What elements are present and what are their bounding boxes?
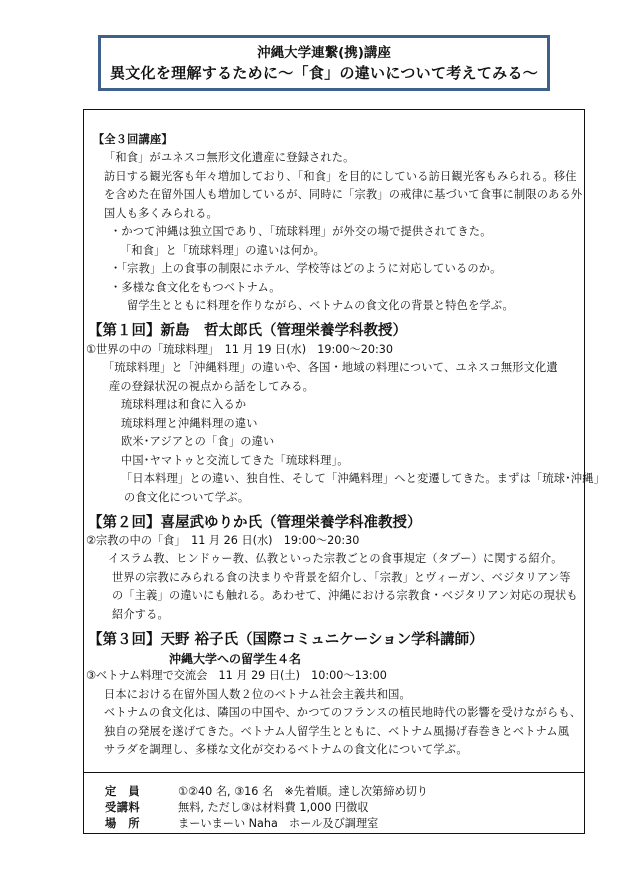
- session-1-line: 産の登録状況の視点から話をしてみる。: [109, 379, 314, 395]
- fee-value: 無料, ただし③は材料費 1,000 円徴収: [178, 801, 369, 814]
- overview-bullet: ・多様な食文化をもつベトナム。: [110, 280, 281, 296]
- overview-bullet: ・かつて沖縄は独立国であり、「琉球料理」が外交の場で提供されてきた。: [110, 224, 492, 240]
- capacity-label: 定 員: [105, 784, 178, 799]
- session-2-line: イスラム教、ヒンドゥー教、仏教といった宗教ごとの食事規定（タブー）に関する紹介。: [108, 551, 563, 567]
- session-1-line: 琉球料理は和食に入るか: [121, 397, 246, 413]
- footer-row-capacity: 定 員①②40 名, ③16 名 ※先着順。達し次第締め切り: [105, 784, 428, 799]
- overview-line: 「和食」と「琉球料理」の違いは何か。: [120, 243, 325, 259]
- capacity-value: ①②40 名, ③16 名 ※先着順。達し次第締め切り: [178, 785, 428, 798]
- session-1-line: の食文化について学ぶ。: [124, 490, 249, 506]
- session-2-line: の「主義」の違いにも触れる。あわせて、沖縄における宗教食・ベジタリアン対応の現状…: [112, 588, 578, 604]
- footer-divider: [84, 772, 584, 773]
- overview-bullet: ・「宗教」上の食事の制限にホテル、学校等はどのように対応しているのか。: [110, 261, 502, 277]
- title-line2: 異文化を理解するために～「食」の違いについて考えてみる～: [101, 63, 547, 83]
- session-3-line: 日本における在留外国人数２位のベトナム社会主義共和国。: [104, 687, 411, 703]
- footer-info: 定 員①②40 名, ③16 名 ※先着順。達し次第締め切り 受講料無料, ただ…: [84, 774, 584, 833]
- session-2-title: ②宗教の中の「食」 11 月 26 日(水) 19:00～20:30: [86, 533, 359, 549]
- session-2-line: 紹介する。: [112, 607, 169, 623]
- location-label: 場 所: [105, 816, 178, 831]
- footer-row-location: 場 所まーいまーい Naha ホール及び調理室: [105, 816, 378, 831]
- session-1-line: 中国･ヤマトゥと交流してきた「琉球料理」。: [121, 453, 349, 469]
- footer-row-fee: 受講料無料, ただし③は材料費 1,000 円徴収: [105, 800, 369, 815]
- session-3-line: 独自の発展を遂げてきた。ベトナム人留学生とともに、ベトナム風揚げ春巻きとベトナム…: [104, 724, 569, 740]
- session-3-line: ベトナムの食文化は、隣国の中国や、かつてのフランスの植民地時代の影響を受けながら…: [104, 705, 581, 721]
- overview-line: 留学生とともに料理を作りながら、ベトナムの食文化の背景と特色を学ぶ。: [127, 298, 514, 314]
- overview-line: 訪日する観光客も年々増加しており、「和食」を目的にしている訪日観光客もみられる。…: [104, 169, 577, 185]
- main-content-box: 【全３回講座】 「和食」がユネスコ無形文化遺産に登録された。 訪日する観光客も年…: [83, 109, 585, 834]
- session-3-heading: 【第３回】天野 裕子氏（国際コミュニケーション学科講師）: [88, 630, 484, 650]
- title-line1: 沖縄大学連繋(携)講座: [101, 44, 547, 63]
- session-1-title: ①世界の中の「琉球料理」 11 月 19 日(水) 19:00～20:30: [86, 342, 393, 358]
- fee-label: 受講料: [105, 800, 178, 815]
- session-3-subheading: 沖縄大学への留学生４名: [169, 650, 301, 668]
- session-3-title: ③ベトナム料理で交流会 11 月 29 日(土) 10:00～13:00: [86, 668, 387, 684]
- session-2-heading: 【第２回】喜屋武ゆりか氏（管理栄養学科准教授）: [88, 513, 422, 533]
- session-3-line: サラダを調理し、多様な文化が交わるベトナムの食文化について学ぶ。: [104, 742, 468, 758]
- overview-line: 国人も多くみられる。: [104, 206, 218, 222]
- title-box: 沖縄大学連繋(携)講座 異文化を理解するために～「食」の違いについて考えてみる～: [98, 35, 550, 91]
- session-1-line: 「琉球料理」と「沖縄料理」の違いや、各国・地域の料理について、ユネスコ無形文化遺: [103, 360, 558, 376]
- session-1-line: 琉球料理と沖縄料理の違い: [121, 416, 258, 432]
- session-1-line: 「日本料理」との違い、独自性、そして「沖縄料理」へと変遷してきた。まずは「琉球･…: [121, 471, 605, 487]
- session-1-heading: 【第１回】新島 哲太郎氏（管理栄養学科教授）: [88, 321, 407, 341]
- content-area: 【全３回講座】 「和食」がユネスコ無形文化遺産に登録された。 訪日する観光客も年…: [84, 110, 584, 772]
- session-2-line: 世界の宗教にみられる食の決まりや背景を紹介し、「宗教」とヴィーガン、ベジタリアン…: [112, 570, 571, 586]
- location-value: まーいまーい Naha ホール及び調理室: [178, 817, 378, 830]
- overview-heading: 【全３回講座】: [93, 132, 173, 148]
- overview-line: を含めた在留外国人も増加しているが、同時に「宗教」の戒律に基づいて食事に制限のあ…: [104, 187, 582, 203]
- overview-line: 「和食」がユネスコ無形文化遺産に登録された。: [104, 150, 355, 166]
- session-1-line: 欧米･アジアとの「食」の違い: [121, 434, 274, 450]
